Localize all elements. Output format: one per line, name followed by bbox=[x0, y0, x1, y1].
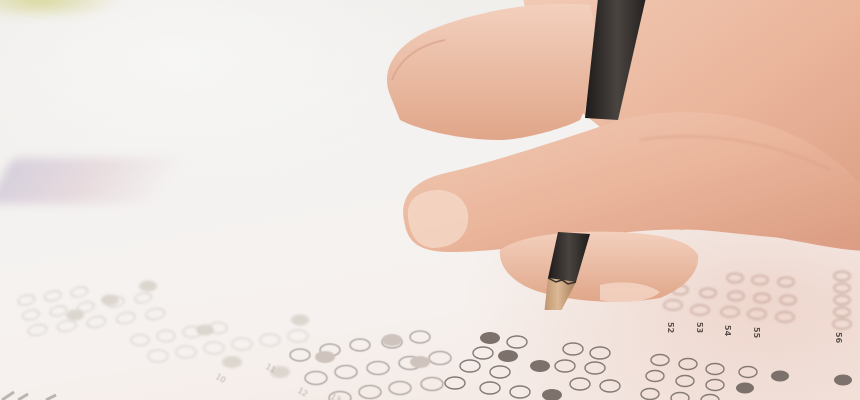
svg-text:53: 53 bbox=[695, 322, 704, 333]
photo-scene: 10 11 12 13 bbox=[0, 0, 860, 400]
svg-text:55: 55 bbox=[752, 327, 761, 339]
svg-text:13: 13 bbox=[329, 392, 342, 400]
hand-holding-pencil bbox=[378, 0, 860, 310]
svg-text:52: 52 bbox=[666, 322, 675, 333]
svg-text:10: 10 bbox=[214, 372, 227, 385]
svg-text:54: 54 bbox=[723, 325, 732, 337]
svg-text:56: 56 bbox=[834, 332, 843, 344]
svg-text:12: 12 bbox=[296, 386, 309, 399]
